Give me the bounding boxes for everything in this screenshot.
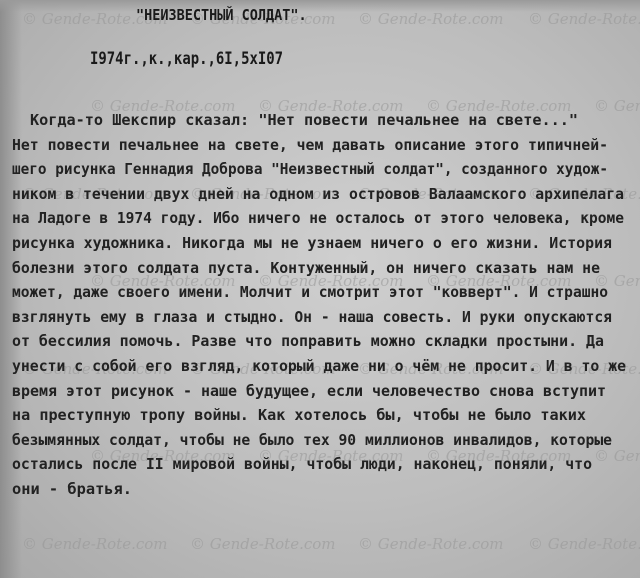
- document-title: "НЕИЗВЕСТНЫЙ СОЛДАТ".: [136, 6, 307, 24]
- document-line: на преступную тропу войны. Как хотелось …: [12, 406, 586, 424]
- document-line: ником в течении двух дней на одном из ос…: [12, 185, 624, 203]
- document-line: может, даже своего имени. Молчит и смотр…: [12, 283, 608, 301]
- document-line: безымянных солдат, чтобы не было тех 90 …: [12, 431, 612, 449]
- document-line: болезни этого солдата пуста. Контуженный…: [12, 259, 600, 277]
- document-line: взглянуть ему в глаза и стыдно. Он - наш…: [12, 308, 612, 326]
- document-line: на Ладоге в 1974 году. Ибо ничего не ост…: [12, 209, 624, 227]
- document-line: время этот рисунок - наше будущее, если …: [12, 382, 606, 400]
- document-line: шего рисунка Геннадия Доброва "Неизвестн…: [12, 160, 608, 178]
- artwork-details: I974г.,к.,кар.,6I,5xI07: [90, 49, 283, 69]
- typewritten-document: "НЕИЗВЕСТНЫЙ СОЛДАТ". I974г.,к.,кар.,6I,…: [0, 0, 640, 578]
- document-line: они - братья.: [12, 480, 132, 498]
- document-line: рисунка художника. Никогда мы не узнаем …: [12, 234, 612, 252]
- document-line: от бессилия помочь. Разве что поправить …: [12, 332, 604, 350]
- document-line: Когда-то Шекспир сказал: "Нет повести пе…: [30, 111, 578, 129]
- document-line: Нет повести печальнее на свете, чем дава…: [12, 136, 608, 154]
- document-line: унести с собой его взгляд, который даже …: [12, 357, 626, 375]
- document-line: остались после II мировой войны, чтобы л…: [12, 455, 592, 473]
